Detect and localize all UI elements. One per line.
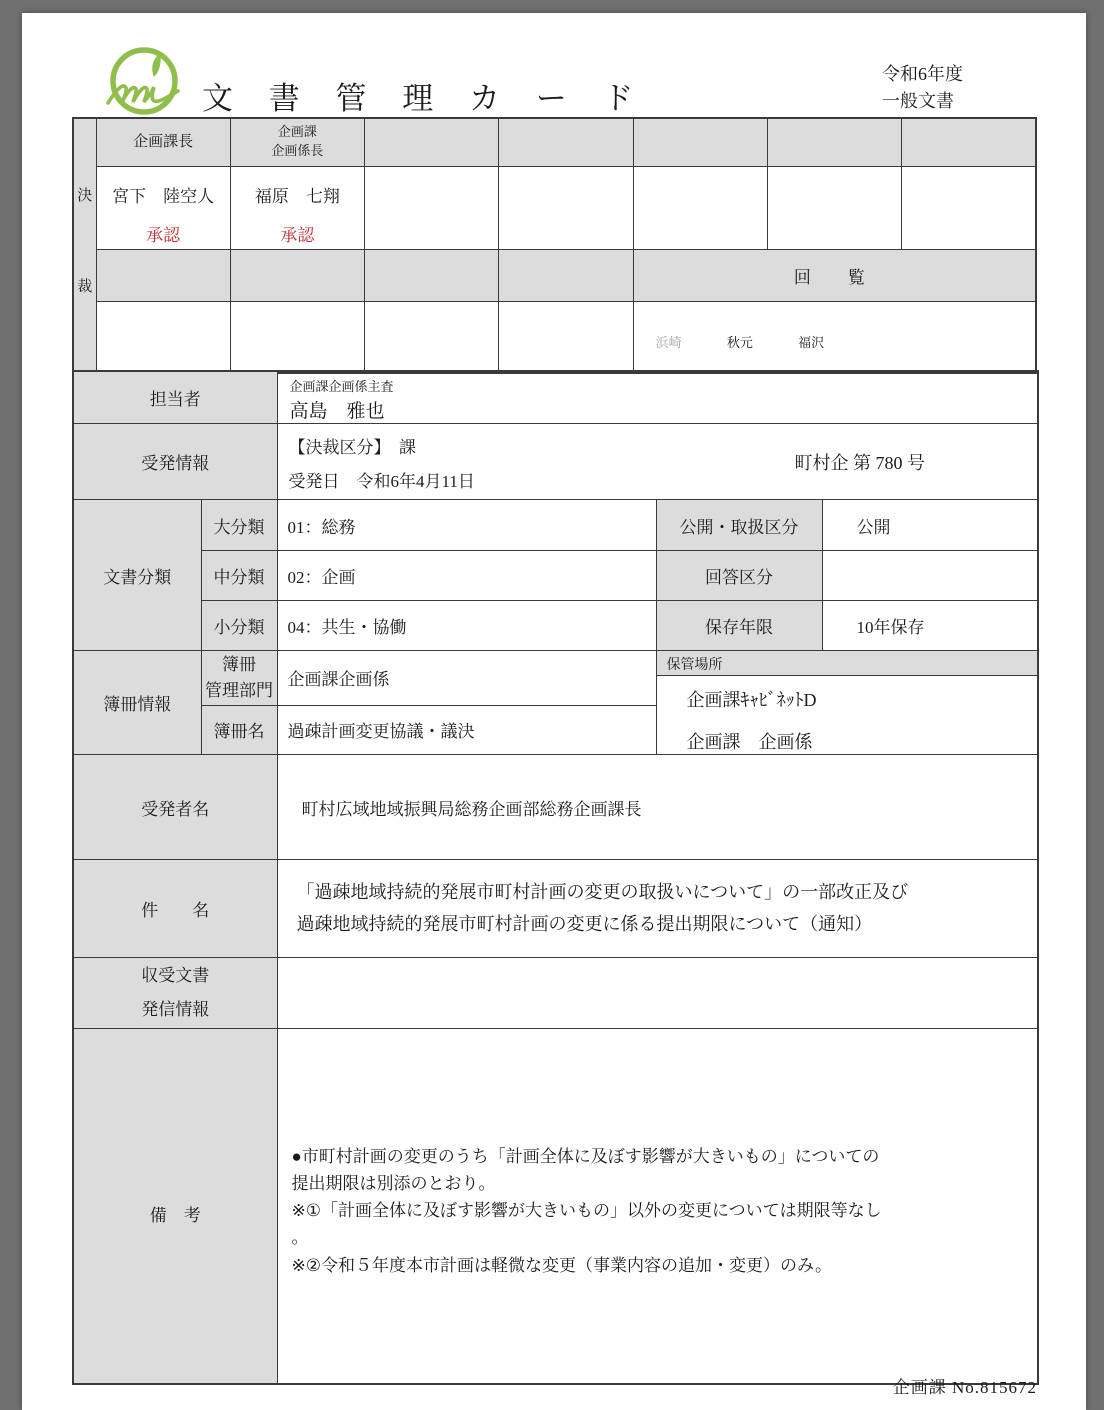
approval-role-header xyxy=(365,118,499,166)
middle-class-value: 02：企画 xyxy=(277,551,656,601)
approval-stamp-cell xyxy=(633,166,767,249)
retention-label: 保存年限 xyxy=(656,601,822,651)
staff-cell: 企画課企画係主査 高島 雅也 xyxy=(277,371,1038,424)
approval-role-header xyxy=(499,118,633,166)
mi-leaf-logo-icon xyxy=(92,41,200,121)
approval-stamp-cell: 福原 七翔 承認 xyxy=(230,166,364,249)
approval-class: 【決裁区分】 課 xyxy=(289,433,417,458)
approval-role-header xyxy=(767,118,901,166)
reply-class-label: 回答区分 xyxy=(656,551,822,601)
subject-value: 「過疎地域持続的発展市町村計画の変更の取扱いについて」の一部改正及び 過疎地域持… xyxy=(277,860,1038,958)
approver-name: 宮下 陸空人 xyxy=(98,182,229,207)
circulation-name: 福沢 xyxy=(798,335,824,350)
book-info-label: 簿冊情報 xyxy=(73,651,201,755)
approval-stamp-cell xyxy=(499,301,633,373)
approval-stamp-cell xyxy=(767,166,901,249)
book-name-value: 過疎計画変更協議・議決 xyxy=(277,705,656,754)
storage-line2: 企画課 企画係 xyxy=(687,728,1038,754)
approval-role-header xyxy=(96,249,230,301)
reply-class-value xyxy=(822,551,1038,601)
approval-role-header xyxy=(365,249,499,301)
storage-cell: 保管場所 企画課ｷｬﾋﾞﾈｯﾄD 企画課 企画係 xyxy=(656,651,1038,755)
approval-stamp-cell xyxy=(365,166,499,249)
approval-stamp-cell xyxy=(365,301,499,373)
send-receive-label: 受発情報 xyxy=(73,424,277,500)
received-doc-label: 収受文書 発信情報 xyxy=(73,958,277,1029)
doc-number-footer: 企画課 No.815672 xyxy=(893,1373,1037,1398)
circulation-name: 浜崎 xyxy=(656,335,682,350)
major-class-label: 大分類 xyxy=(201,500,277,551)
approval-role-header xyxy=(633,118,767,166)
approval-role-header xyxy=(230,249,364,301)
receive-date: 受発日 令和6年4月11日 xyxy=(289,467,475,492)
approver-name: 福原 七翔 xyxy=(232,182,363,207)
minor-class-value: 04：共生・協働 xyxy=(277,601,656,651)
approval-stamp-cell xyxy=(902,166,1036,249)
document-info-table: 担当者 企画課企画係主査 高島 雅也 受発情報 【決裁区分】 課 受発日 令和6… xyxy=(72,370,1039,1385)
storage-label: 保管場所 xyxy=(657,651,1038,676)
remarks-value: ●市町村計画の変更のうち「計画全体に及ぼす影響が大きいもの」についての 提出期限… xyxy=(277,1029,1038,1384)
send-receive-cell: 【決裁区分】 課 受発日 令和6年4月11日 町村企 第 780 号 xyxy=(277,424,1038,500)
book-dept-value: 企画課企画係 xyxy=(277,651,656,706)
approval-role-header xyxy=(902,118,1036,166)
middle-class-label: 中分類 xyxy=(201,551,277,601)
book-name-label: 簿冊名 xyxy=(201,705,277,754)
received-doc-value xyxy=(277,958,1038,1029)
approval-section-label: 決 裁 xyxy=(73,118,96,373)
storage-line1: 企画課ｷｬﾋﾞﾈｯﾄD xyxy=(687,686,1038,712)
sender-value: 町村広域地域振興局総務企画部総務企画課長 xyxy=(277,755,1038,860)
staff-role: 企画課企画係主査 xyxy=(290,376,1038,395)
document-page: 文 書 管 理 カ ー ド 令和6年度 一般文書 決 裁 企画課長 企画課 企画… xyxy=(22,13,1086,1410)
disclosure-label: 公開・取扱区分 xyxy=(656,500,822,551)
doc-category-label: 一般文書 xyxy=(882,88,963,115)
approval-status: 承認 xyxy=(98,221,229,246)
approval-role-header xyxy=(499,249,633,301)
major-class-value: 01：総務 xyxy=(277,500,656,551)
sender-label: 受発者名 xyxy=(73,755,277,860)
classification-label: 文書分類 xyxy=(73,500,201,651)
circulation-name: 秋元 xyxy=(727,335,753,350)
approval-table: 決 裁 企画課長 企画課 企画係長 宮下 陸空人 承認 福原 七翔 承認 xyxy=(72,117,1037,374)
staff-label: 担当者 xyxy=(73,371,277,424)
approval-stamp-cell xyxy=(230,301,364,373)
document-number: 町村企 第 780 号 xyxy=(795,449,926,475)
minor-class-label: 小分類 xyxy=(201,601,277,651)
fiscal-year-label: 令和6年度 xyxy=(882,61,963,88)
approval-role-header: 企画課 企画係長 xyxy=(230,118,364,166)
subject-label: 件 名 xyxy=(73,860,277,958)
approval-stamp-cell: 宮下 陸空人 承認 xyxy=(96,166,230,249)
circulation-header: 回 覧 xyxy=(633,249,1036,301)
page-title: 文 書 管 理 カ ー ド xyxy=(202,73,648,118)
remarks-label: 備 考 xyxy=(73,1029,277,1384)
staff-name: 高島 雅也 xyxy=(290,396,1038,423)
book-dept-label: 簿冊 管理部門 xyxy=(201,651,277,706)
circulation-names-cell: 浜崎 秋元 福沢 xyxy=(633,301,1036,373)
approval-role-header: 企画課長 xyxy=(96,118,230,166)
approval-status: 承認 xyxy=(232,221,363,246)
retention-value: 10年保存 xyxy=(822,601,1038,651)
approval-stamp-cell xyxy=(96,301,230,373)
approval-stamp-cell xyxy=(499,166,633,249)
disclosure-value: 公開 xyxy=(822,500,1038,551)
